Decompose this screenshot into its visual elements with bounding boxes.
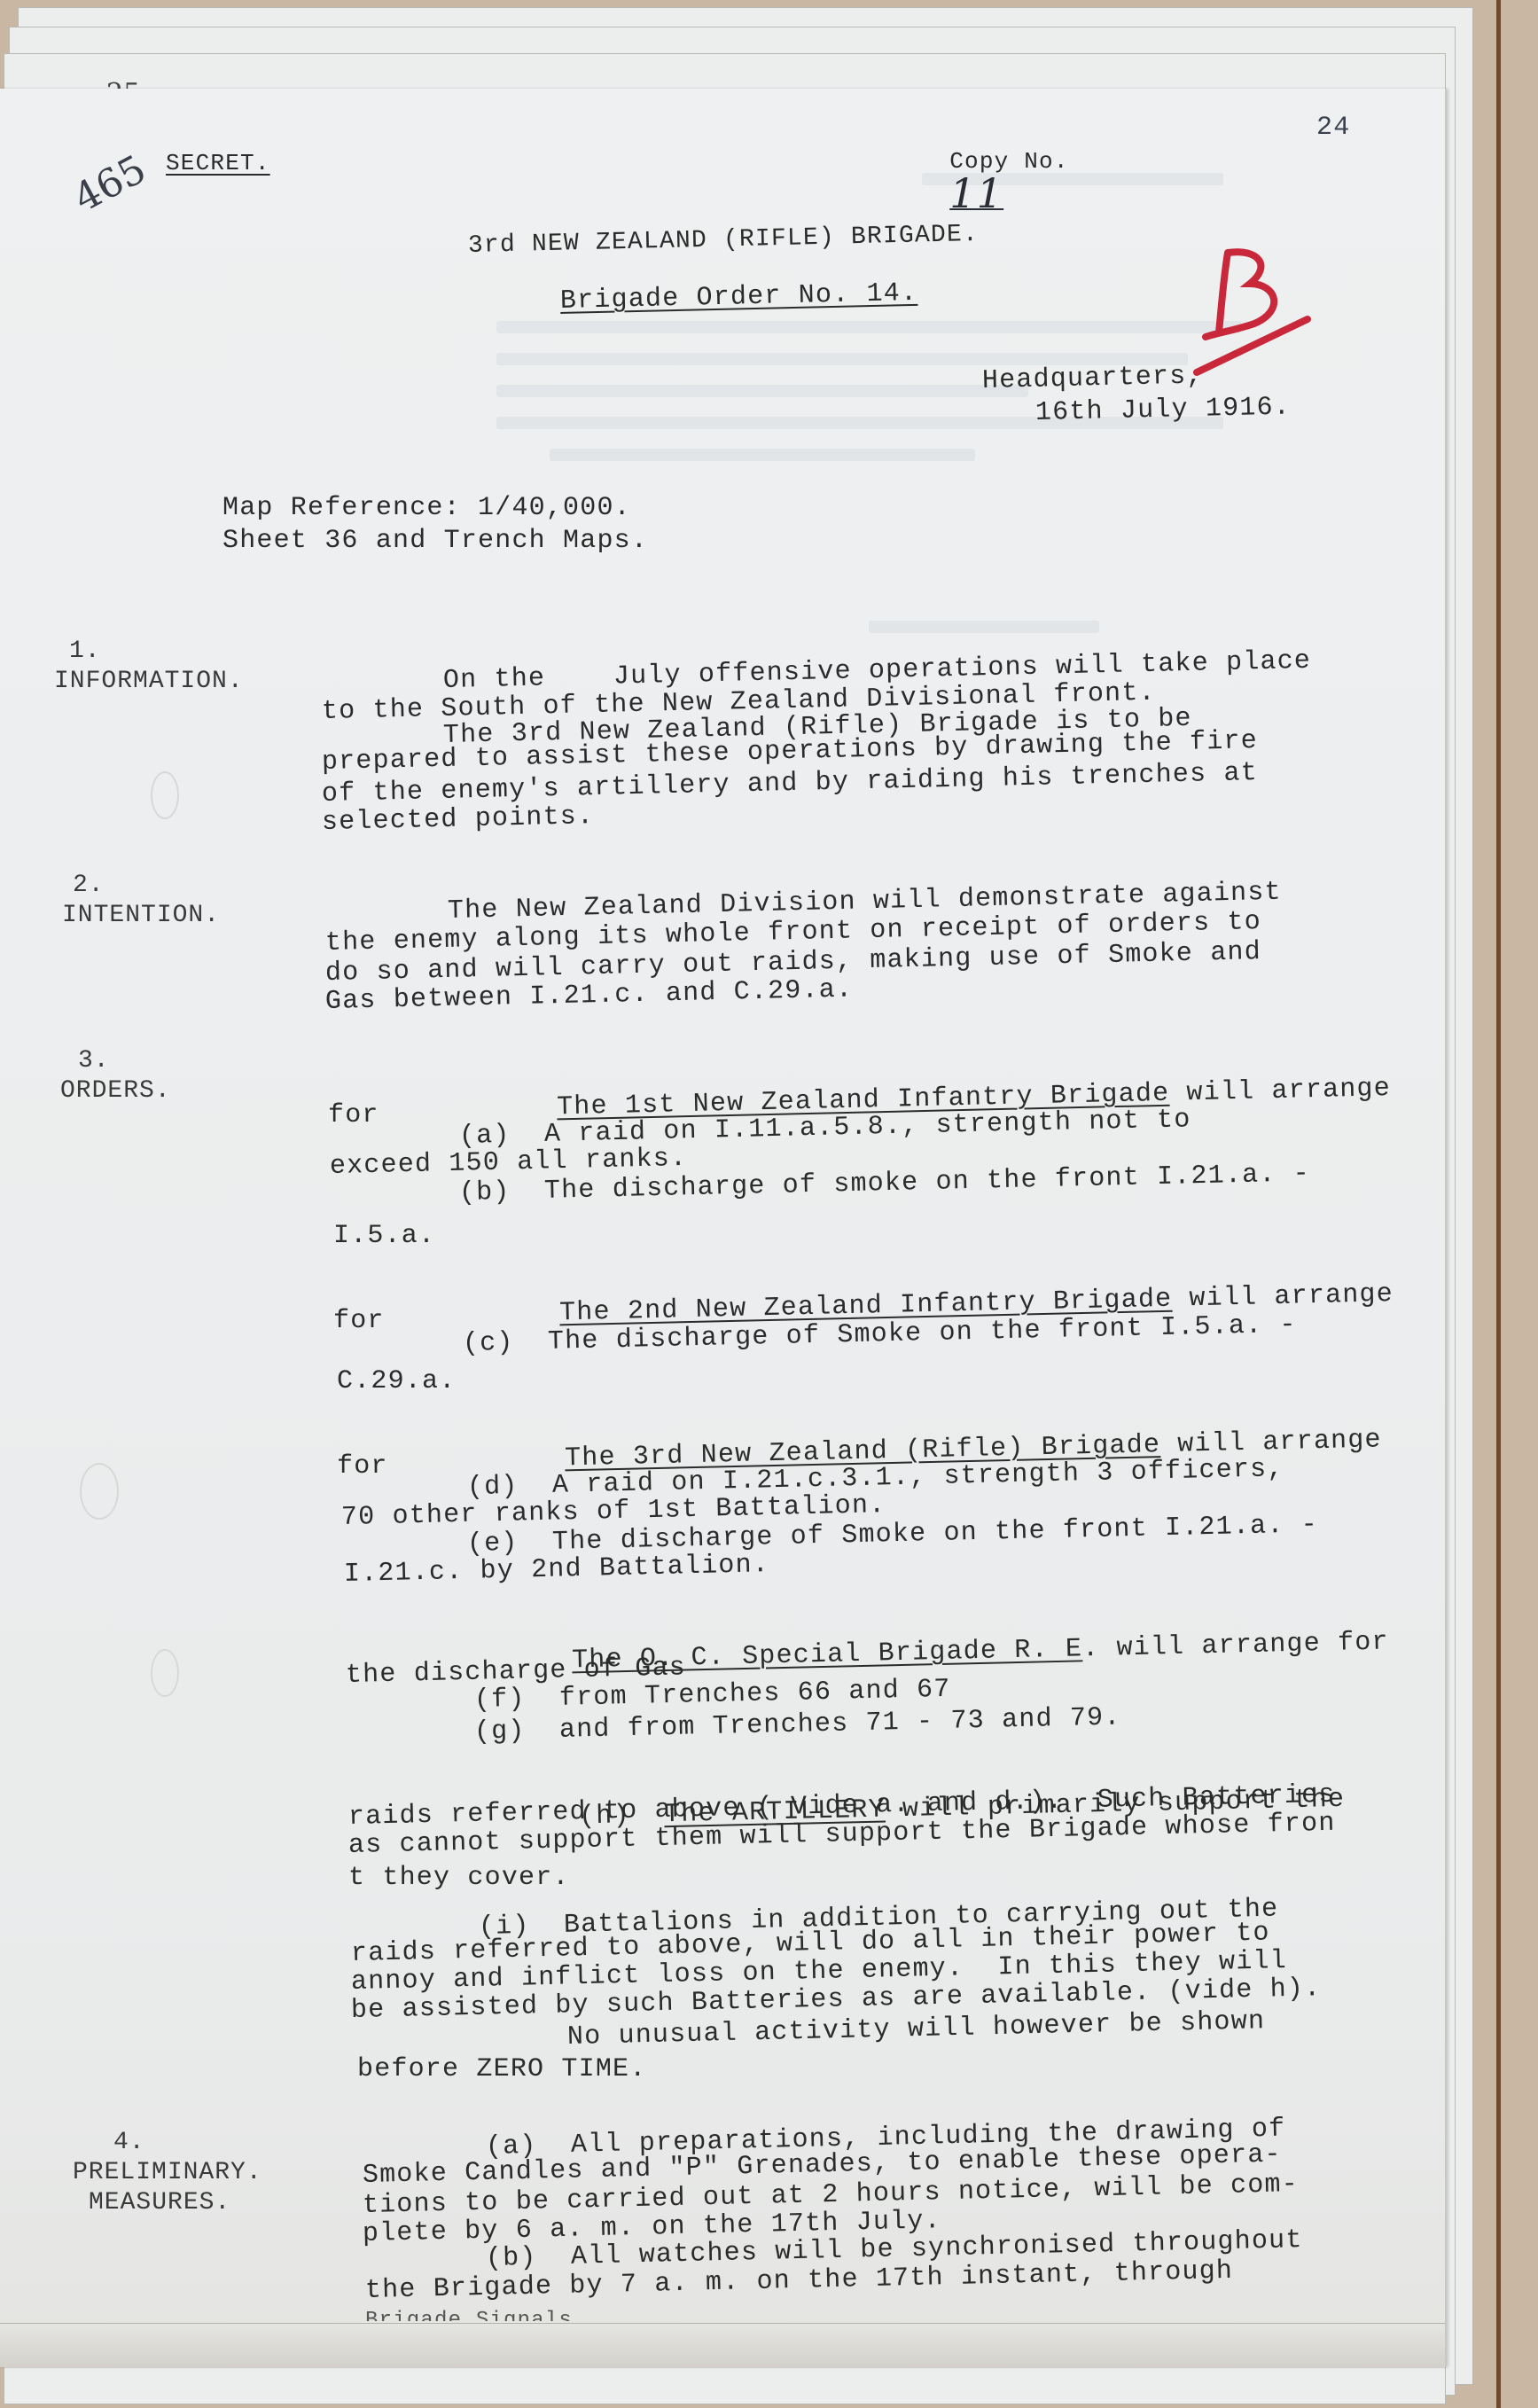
section-4-heading-2: MEASURES. [89,2188,230,2218]
backing-board [1496,0,1538,2408]
order-date: 16th July 1916. [1035,391,1292,429]
folio-number: 465 [66,146,153,221]
map-sheet: Sheet 36 and Trench Maps. [223,525,648,557]
section-4-heading: PRELIMINARY. [73,2158,262,2188]
copy-number-handwritten: 11 [949,169,1003,217]
section-4-number: 4. [113,2128,145,2158]
page-number: 24 [1316,112,1350,144]
map-reference: Map Reference: 1/40,000. [223,492,631,524]
classification-label: SECRET. [166,147,270,179]
unit-title: 3rd NEW ZEALAND (RIFLE) BRIGADE. [468,219,980,262]
punch-hole-mark [80,1463,119,1520]
headquarters-label: Headquarters, [982,360,1204,397]
section-1-heading: INFORMATION. [54,667,244,697]
red-pencil-b-annotation-icon [1188,244,1312,377]
section-3-number: 3. [78,1046,110,1076]
section-1-number: 1. [69,637,101,667]
section-2-number: 2. [73,871,105,901]
punch-hole-mark [151,1649,179,1697]
punch-hole-mark [151,771,179,819]
document-page: 465 SECRET. Copy No. 11 24 3rd NEW ZEALA… [0,89,1447,2367]
order-title: Brigade Order No. 14. [560,278,918,317]
section-2-heading: INTENTION. [62,901,220,931]
section-3-heading: ORDERS. [60,1076,171,1106]
paper-stack-bottom-edge [0,2323,1445,2368]
